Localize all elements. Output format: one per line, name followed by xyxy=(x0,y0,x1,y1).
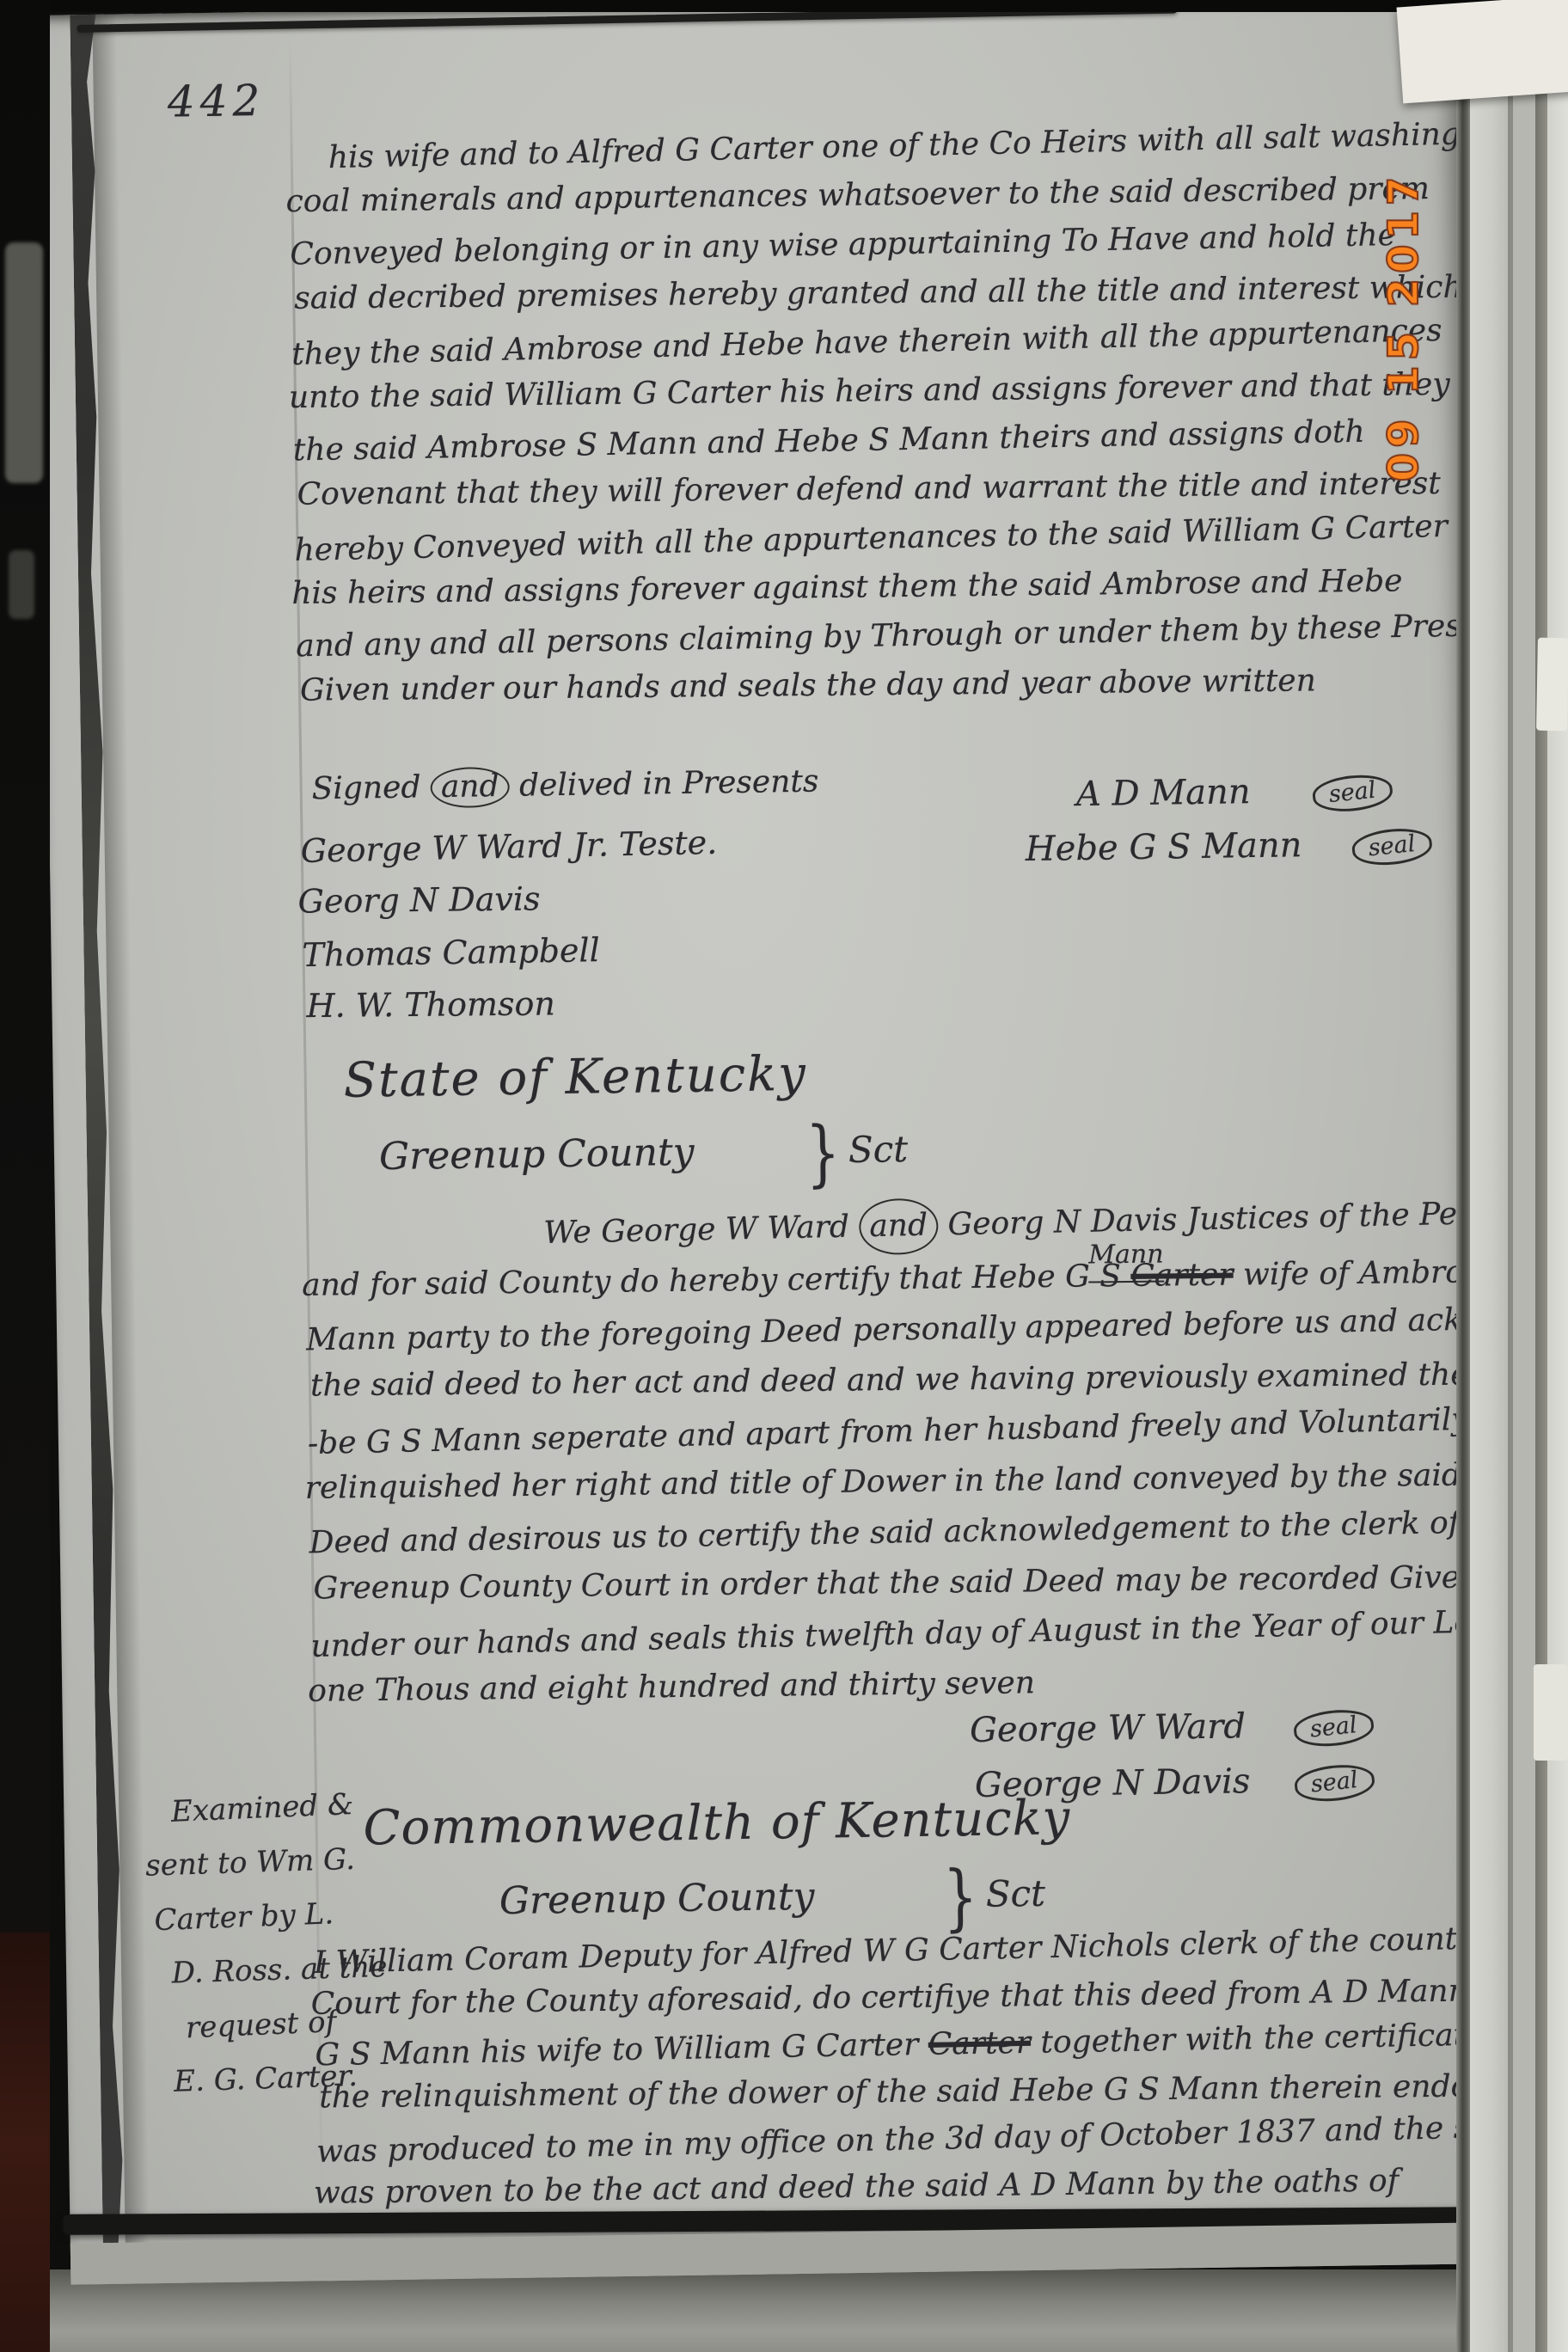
adjacent-page-edge xyxy=(1513,0,1535,2352)
struck-word: Carter xyxy=(928,2025,1031,2062)
county-name: Greenup County xyxy=(499,1875,815,1923)
paper-tab xyxy=(1536,638,1568,732)
witness-name: Georg N Davis xyxy=(297,871,714,928)
witness-signatures: George W Ward Jr. Teste. Georg N Davis T… xyxy=(300,818,720,1033)
page-curl-shadow xyxy=(1456,0,1470,2352)
brace-icon: } xyxy=(805,1110,841,1195)
seal-mark: seal xyxy=(1311,771,1393,814)
margin-note-line: Examined & xyxy=(170,1777,379,1840)
county-name: Greenup County xyxy=(379,1130,695,1179)
commonwealth-certification-paragraph: I William Coram Deputy for Alfred W G Ca… xyxy=(313,1916,1568,2219)
justice-signature-row: George W Wardseal xyxy=(970,1705,1374,1750)
background-object-maroon xyxy=(0,1932,50,2352)
witness-name: Thomas Campbell xyxy=(302,922,719,982)
circled-word: and xyxy=(859,1197,939,1255)
grantor-signature-row: Hebe G S Mannseal xyxy=(1025,824,1431,870)
state-certification-paragraph: We George W Ward and Georg N Davis Justi… xyxy=(304,1187,1568,1718)
paper-tab xyxy=(1534,1664,1568,1761)
deed-body-paragraph: his wife and to Alfred G Carter one of t… xyxy=(288,112,1535,718)
margin-note-line: sent to Wm G. xyxy=(144,1832,377,1894)
inserted-word: Mann xyxy=(1088,1229,1164,1283)
circled-word: and xyxy=(431,767,510,808)
state-county-line: Greenup County}Sct xyxy=(379,1120,909,1191)
cert-text: together with the certificate of xyxy=(1031,2017,1525,2061)
cert-text: We George W Ward xyxy=(543,1209,860,1251)
page-edge-shadow xyxy=(1535,0,1547,2352)
background-object xyxy=(9,550,34,619)
cert-text: G S Mann his wife to William G Carter xyxy=(315,2027,928,2073)
sct-abbreviation: Sct xyxy=(985,1872,1045,1915)
attestation-text: Signed xyxy=(311,769,431,806)
photo-of-deed-book-page: 442 his wife and to Alfred G Carter one … xyxy=(0,0,1568,2352)
background-object xyxy=(5,242,43,483)
attestation-line: Signed and delived in Presents xyxy=(311,763,818,811)
sct-abbreviation: Sct xyxy=(848,1128,909,1171)
signature-name: A D Mann xyxy=(1076,772,1251,814)
top-right-paper-corner xyxy=(1397,0,1568,103)
photo-top-edge xyxy=(0,0,1568,12)
commonwealth-county-line: Greenup County}Sct xyxy=(499,1865,1045,1935)
seal-mark: seal xyxy=(1351,825,1433,868)
document-page: 442 his wife and to Alfred G Carter one … xyxy=(37,0,1493,2285)
camera-timestamp: 09 15 2017 xyxy=(1380,138,1431,516)
adjacent-page-edge xyxy=(1547,0,1568,2352)
cert-text: and for said County do hereby certify th… xyxy=(302,1259,1131,1303)
signature-name: George W Ward xyxy=(970,1706,1246,1750)
witness-name: H. W. Thomson xyxy=(306,976,723,1032)
adjacent-page-edge xyxy=(1470,0,1508,2352)
state-certification-heading: State of Kentucky xyxy=(343,1046,807,1109)
page-number: 442 xyxy=(167,76,265,127)
commonwealth-heading: Commonwealth of Kentucky xyxy=(363,1790,1070,1856)
attestation-text: delived in Presents xyxy=(509,764,818,804)
signature-name: Hebe G S Mann xyxy=(1025,825,1302,869)
witness-name: George W Ward Jr. Teste. xyxy=(300,817,718,878)
grantor-signature-row: A D Mannseal xyxy=(1076,770,1393,815)
seal-mark: seal xyxy=(1292,1706,1375,1749)
seal-mark: seal xyxy=(1294,1761,1376,1804)
